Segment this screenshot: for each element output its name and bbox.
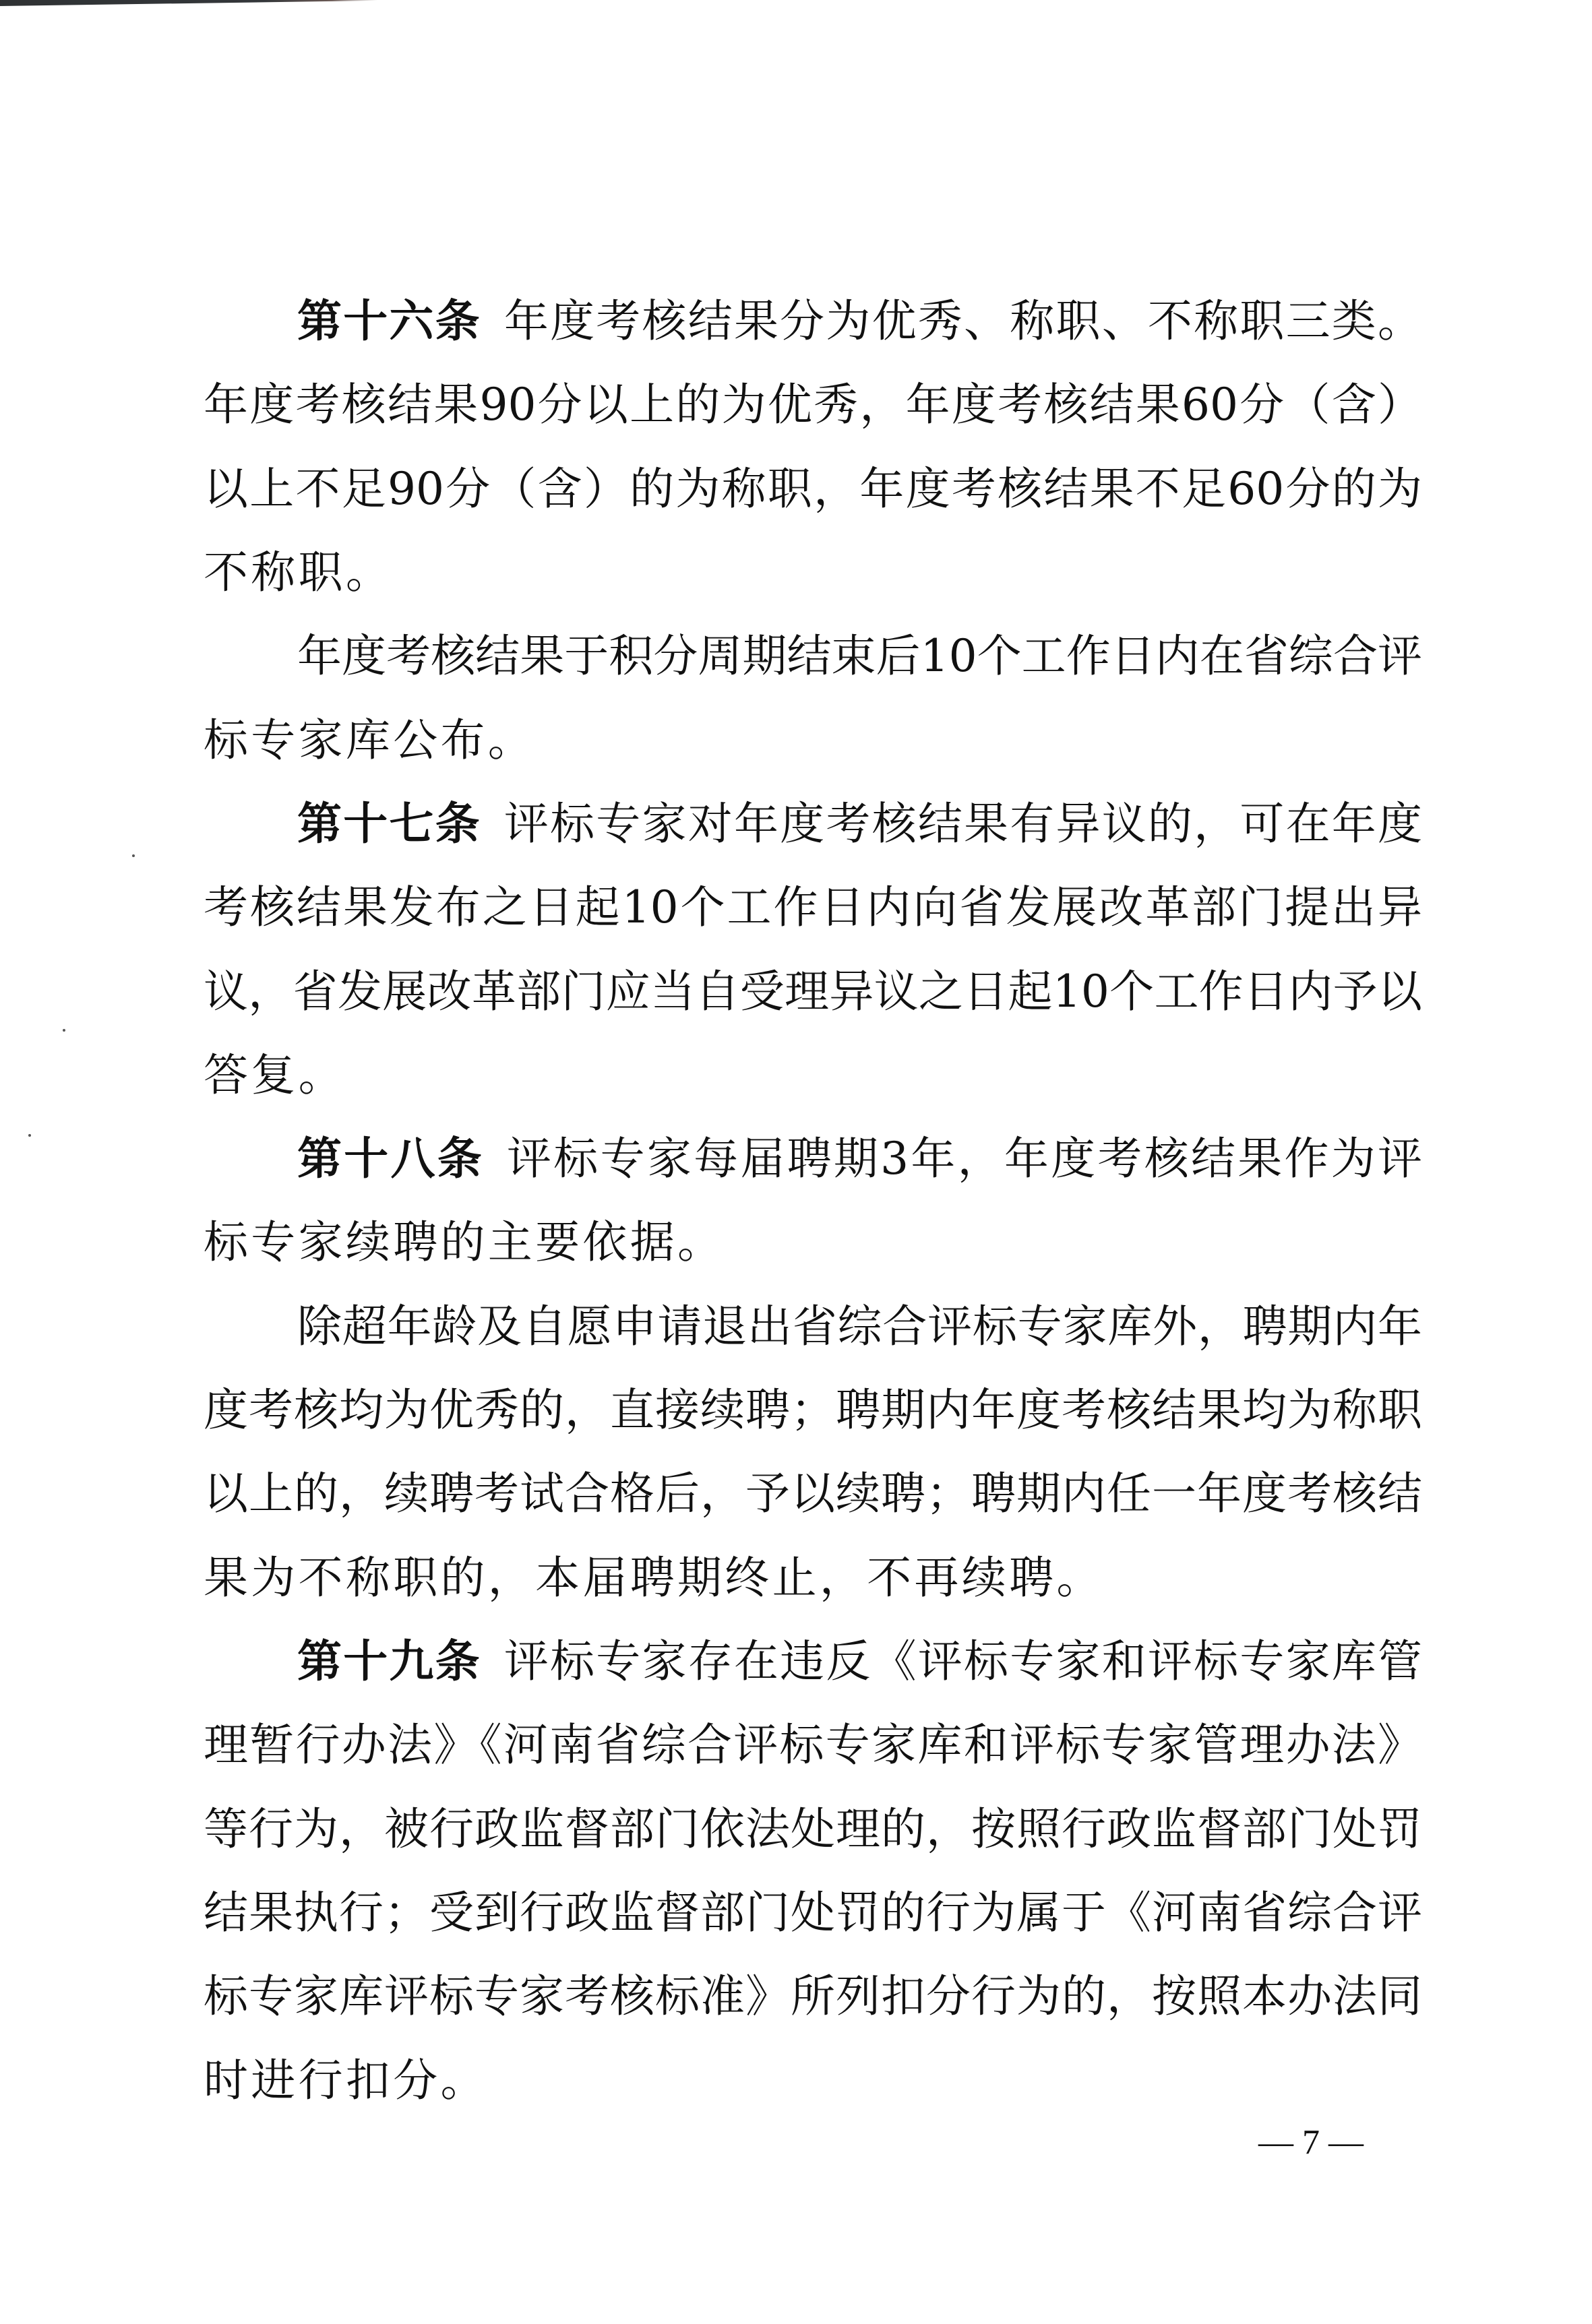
- article-17-line-1: 第十七条评标专家对年度考核结果有异议的，可在年度: [297, 782, 1422, 866]
- article-17-line-2: 考核结果发布之日起10个工作日内向省发展改革部门提出异: [204, 866, 1422, 949]
- article-19-line-3: 等行为，被行政监督部门依法处理的，按照行政监督部门处罚: [204, 1788, 1422, 1871]
- scan-speck: [132, 854, 135, 857]
- article-16-line-3: 以上不足90分（含）的为称职，年度考核结果不足60分的为: [204, 447, 1422, 531]
- page-number: — 7 —: [1233, 2116, 1388, 2170]
- article-text: 评标专家每届聘期3年，年度考核结果作为评: [507, 1133, 1422, 1185]
- article-text: 年度考核结果分为优秀、称职、不称职三类。: [504, 295, 1422, 347]
- article-18-line-2: 标专家续聘的主要依据。: [204, 1201, 1422, 1284]
- article-19-line-6: 时进行扣分。: [204, 2039, 1422, 2123]
- article-16-line-4: 不称职。: [204, 531, 1422, 615]
- article-19-line-4: 结果执行；受到行政监督部门处罚的行为属于《河南省综合评: [204, 1871, 1422, 1955]
- article-text: 评标专家存在违反《评标专家和评标专家库管: [504, 1635, 1422, 1687]
- article-18-para-2-line-2: 度考核均为优秀的，直接续聘；聘期内年度考核结果均为称职: [204, 1369, 1422, 1452]
- article-number: 第十八条: [297, 1133, 484, 1185]
- article-18-para-2-line-3: 以上的，续聘考试合格后，予以续聘；聘期内任一年度考核结: [204, 1452, 1422, 1536]
- article-16-para-2-line-1: 年度考核结果于积分周期结束后10个工作日内在省综合评: [297, 615, 1422, 698]
- article-number: 第十九条: [297, 1635, 481, 1687]
- article-16-para-2-line-2: 标专家库公布。: [204, 699, 1422, 782]
- article-18-para-2-line-1: 除超年龄及自愿申请退出省综合评标专家库外，聘期内年: [297, 1285, 1422, 1369]
- article-text: 评标专家对年度考核结果有异议的，可在年度: [504, 798, 1422, 850]
- article-16-line-2: 年度考核结果90分以上的为优秀，年度考核结果60分（含）: [204, 363, 1422, 447]
- article-18-line-1: 第十八条评标专家每届聘期3年，年度考核结果作为评: [297, 1117, 1422, 1201]
- article-18-para-2-line-4: 果为不称职的，本届聘期终止，不再续聘。: [204, 1536, 1422, 1620]
- article-number: 第十七条: [297, 798, 481, 850]
- document-page: 第十六条年度考核结果分为优秀、称职、不称职三类。 年度考核结果90分以上的为优秀…: [0, 0, 1592, 2324]
- article-19-line-2: 理暂行办法》《河南省综合评标专家库和评标专家管理办法》: [204, 1703, 1422, 1787]
- scan-speck: [63, 1029, 65, 1032]
- article-17-line-3: 议，省发展改革部门应当自受理异议之日起10个工作日内予以: [204, 950, 1422, 1034]
- article-17-line-4: 答复。: [204, 1034, 1422, 1117]
- article-number: 第十六条: [297, 295, 481, 347]
- article-19-line-1: 第十九条评标专家存在违反《评标专家和评标专家库管: [297, 1620, 1422, 1703]
- article-16-line-1: 第十六条年度考核结果分为优秀、称职、不称职三类。: [297, 280, 1422, 363]
- scan-speck: [28, 1134, 31, 1137]
- article-19-line-5: 标专家库评标专家考核标准》所列扣分行为的，按照本办法同: [204, 1955, 1422, 2038]
